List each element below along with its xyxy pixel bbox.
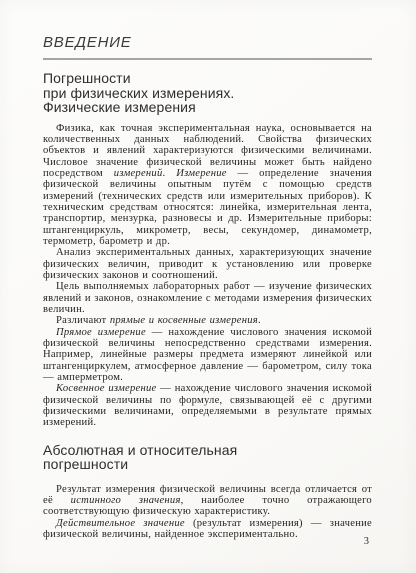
paragraph-lab-goal: Цель выполняемых лабораторных работ — из… xyxy=(43,281,372,315)
paragraph-indirect-measurement: Косвенное измерение — нахождение числово… xyxy=(43,383,372,428)
divider-rule xyxy=(43,58,372,60)
paragraph-true-value: Результат измерения физической величины … xyxy=(43,484,372,518)
paragraph-measurement-types: Различают прямые и косвенные измерения. xyxy=(43,315,372,326)
paragraph-direct-measurement: Прямое измерение — нахождение числового … xyxy=(43,327,372,384)
section-heading-measurement-errors: Погрешностипри физических измерениях.Физ… xyxy=(43,71,372,115)
section-heading-absolute-relative-errors: Абсолютная и относительнаяпогрешности xyxy=(43,443,372,472)
heading-line: погрешности xyxy=(43,456,128,472)
page-number: 3 xyxy=(364,536,369,547)
text-segment: Анализ экспериментальных данных, характе… xyxy=(43,247,372,281)
section-body-measurement-errors: Физика, как точная экспериментальная нау… xyxy=(43,123,372,429)
text-segment: Действительное значение xyxy=(56,518,185,529)
text-segment: Различают xyxy=(56,315,110,326)
paragraph-data-analysis: Анализ экспериментальных данных, характе… xyxy=(43,247,372,281)
text-segment: — определение значения физической величи… xyxy=(43,168,372,247)
text-segment: . xyxy=(258,315,261,326)
book-page: ВВЕДЕНИЕ Погрешностипри физических измер… xyxy=(0,0,416,573)
text-segment: Прямое измерение xyxy=(56,327,146,338)
heading-line: Физические измерения xyxy=(43,99,196,115)
chapter-kicker: ВВЕДЕНИЕ xyxy=(43,34,372,51)
text-segment: Измерение xyxy=(176,168,227,179)
text-segment: измерений xyxy=(114,168,163,179)
paragraph-physics-intro: Физика, как точная экспериментальная нау… xyxy=(43,123,372,248)
section-body-absolute-relative-errors: Результат измерения физической величины … xyxy=(43,484,372,541)
paragraph-actual-value: Действительное значение (результат измер… xyxy=(43,518,372,541)
text-segment: Косвенное измерение xyxy=(56,383,157,394)
text-segment: Цель выполняемых лабораторных работ — из… xyxy=(43,281,372,315)
text-segment: . xyxy=(163,168,177,179)
text-segment: прямые и косвенные измерения xyxy=(110,315,258,326)
text-segment: истинного значения xyxy=(71,495,181,506)
